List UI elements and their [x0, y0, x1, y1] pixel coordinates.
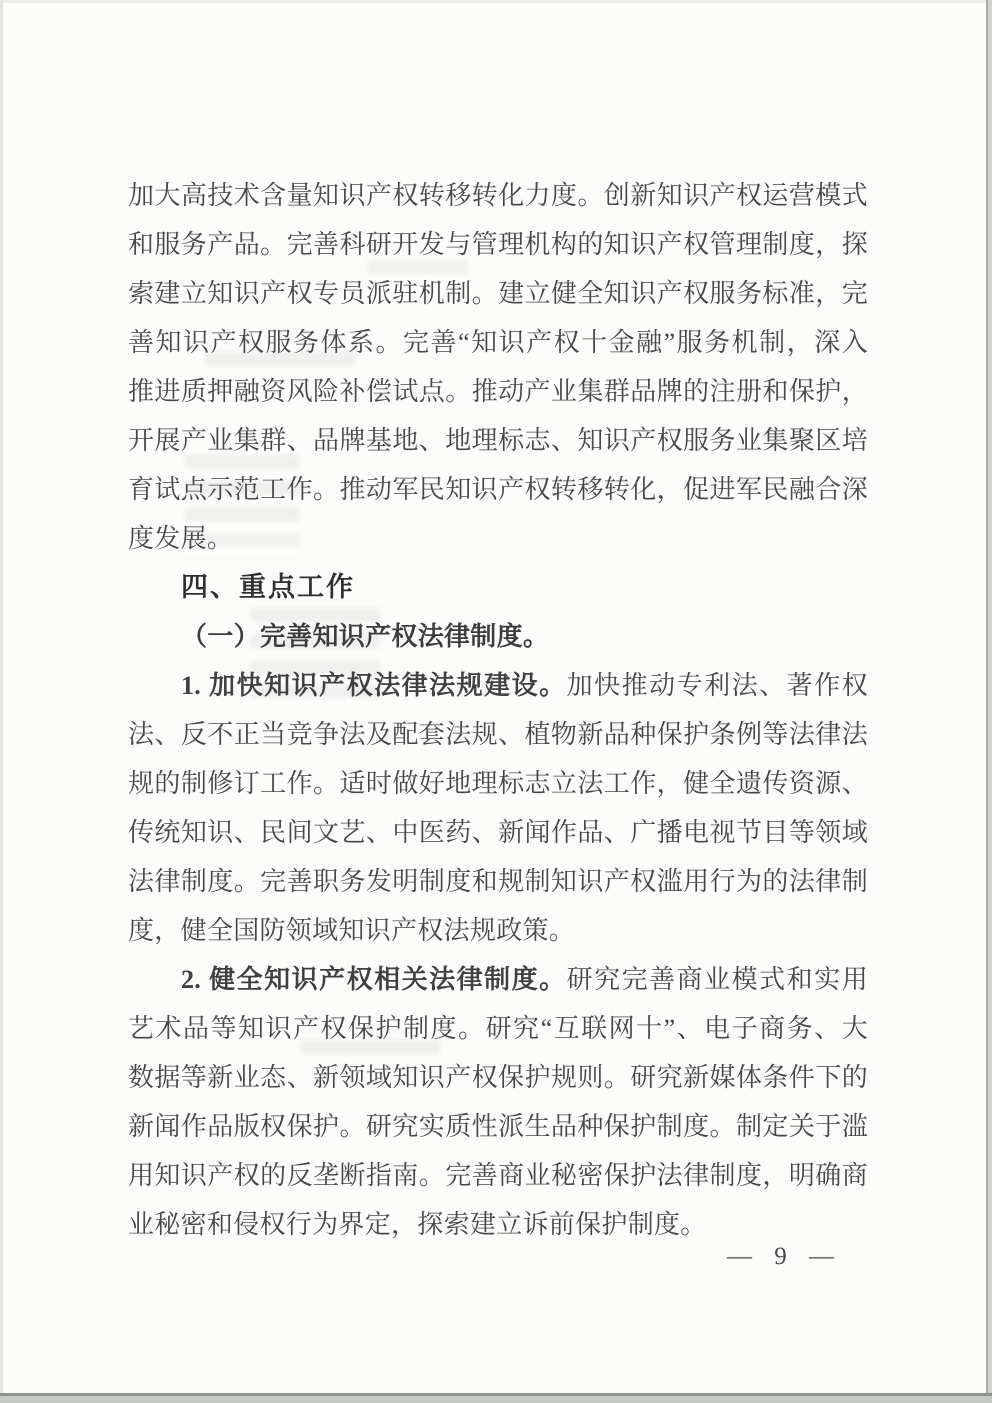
body-text: 索建立知识产权专员派驻机制。建立健全知识产权服务标准，完	[128, 279, 868, 308]
text-line: 度发展。	[128, 514, 868, 563]
body-text: 加快推动专利法、著作权	[567, 671, 868, 700]
body-text: 艺术品等知识产权保护制度。研究“互联网十”、电子商务、大	[128, 1014, 868, 1043]
scanned-document-page: 加大高技术含量知识产权转移转化力度。创新知识产权运营模式和服务产品。完善科研开发…	[0, 0, 992, 1403]
lead-sentence: 1. 加快知识产权法律法规建设。	[181, 671, 567, 700]
body-text: 用知识产权的反垄断指南。完善商业秘密保护法律制度，明确商	[128, 1161, 868, 1190]
document-text-block: 加大高技术含量知识产权转移转化力度。创新知识产权运营模式和服务产品。完善科研开发…	[128, 171, 868, 1249]
scan-edge-top	[0, 0, 992, 3]
text-line: 度，健全国防领域知识产权法规政策。	[128, 906, 868, 955]
lead-sentence: 2. 健全知识产权相关法律制度。	[181, 965, 567, 994]
text-line: 四、重点工作	[128, 563, 868, 612]
body-text: 法律制度。完善职务发明制度和规制知识产权滥用行为的法律制	[128, 867, 868, 896]
text-line: 2. 健全知识产权相关法律制度。研究完善商业模式和实用	[128, 955, 868, 1004]
body-text: 加大高技术含量知识产权转移转化力度。创新知识产权运营模式	[128, 181, 868, 210]
body-text: 研究完善商业模式和实用	[567, 965, 868, 994]
text-line: 1. 加快知识产权法律法规建设。加快推动专利法、著作权	[128, 661, 868, 710]
body-text: 善知识产权服务体系。完善“知识产权十金融”服务机制，深入	[128, 328, 868, 357]
body-text: 规的制修订工作。适时做好地理标志立法工作，健全遗传资源、	[128, 769, 868, 798]
text-line: 推进质押融资风险补偿试点。推动产业集群品牌的注册和保护，	[128, 367, 868, 416]
text-line: 数据等新业态、新领域知识产权保护规则。研究新媒体条件下的	[128, 1053, 868, 1102]
scan-edge-bottom-band	[0, 1396, 992, 1403]
body-text: 新闻作品版权保护。研究实质性派生品种保护制度。制定关于滥	[128, 1112, 868, 1141]
text-line: 加大高技术含量知识产权转移转化力度。创新知识产权运营模式	[128, 171, 868, 220]
scan-edge-right-band	[988, 0, 992, 1403]
body-text: 开展产业集群、品牌基地、地理标志、知识产权服务业集聚区培	[128, 426, 868, 455]
text-line: 育试点示范工作。推动军民知识产权转移转化，促进军民融合深	[128, 465, 868, 514]
body-text: （一）完善知识产权法律制度。	[181, 622, 549, 651]
page-number: — 9 —	[727, 1242, 842, 1272]
body-text: 数据等新业态、新领域知识产权保护规则。研究新媒体条件下的	[128, 1063, 868, 1092]
text-line: 和服务产品。完善科研开发与管理机构的知识产权管理制度，探	[128, 220, 868, 269]
text-line: 传统知识、民间文艺、中医药、新闻作品、广播电视节目等领域	[128, 808, 868, 857]
body-text: 度发展。	[128, 524, 233, 553]
text-line: （一）完善知识产权法律制度。	[128, 612, 868, 661]
text-line: 规的制修订工作。适时做好地理标志立法工作，健全遗传资源、	[128, 759, 868, 808]
text-line: 开展产业集群、品牌基地、地理标志、知识产权服务业集聚区培	[128, 416, 868, 465]
body-text: 传统知识、民间文艺、中医药、新闻作品、广播电视节目等领域	[128, 818, 868, 847]
body-text: 育试点示范工作。推动军民知识产权转移转化，促进军民融合深	[128, 475, 868, 504]
body-text: 和服务产品。完善科研开发与管理机构的知识产权管理制度，探	[128, 230, 868, 259]
body-text: 推进质押融资风险补偿试点。推动产业集群品牌的注册和保护，	[128, 377, 868, 406]
body-text: 度，健全国防领域知识产权法规政策。	[128, 916, 575, 945]
text-line: 用知识产权的反垄断指南。完善商业秘密保护法律制度，明确商	[128, 1151, 868, 1200]
text-line: 索建立知识产权专员派驻机制。建立健全知识产权服务标准，完	[128, 269, 868, 318]
text-line: 新闻作品版权保护。研究实质性派生品种保护制度。制定关于滥	[128, 1102, 868, 1151]
body-text: 四、重点工作	[181, 572, 355, 602]
text-line: 善知识产权服务体系。完善“知识产权十金融”服务机制，深入	[128, 318, 868, 367]
scan-edge-left	[0, 0, 3, 1403]
body-text: 法、反不正当竞争法及配套法规、植物新品种保护条例等法律法	[128, 720, 868, 749]
body-text: 业秘密和侵权行为界定，探索建立诉前保护制度。	[128, 1210, 707, 1239]
text-line: 法、反不正当竞争法及配套法规、植物新品种保护条例等法律法	[128, 710, 868, 759]
text-line: 艺术品等知识产权保护制度。研究“互联网十”、电子商务、大	[128, 1004, 868, 1053]
text-line: 法律制度。完善职务发明制度和规制知识产权滥用行为的法律制	[128, 857, 868, 906]
